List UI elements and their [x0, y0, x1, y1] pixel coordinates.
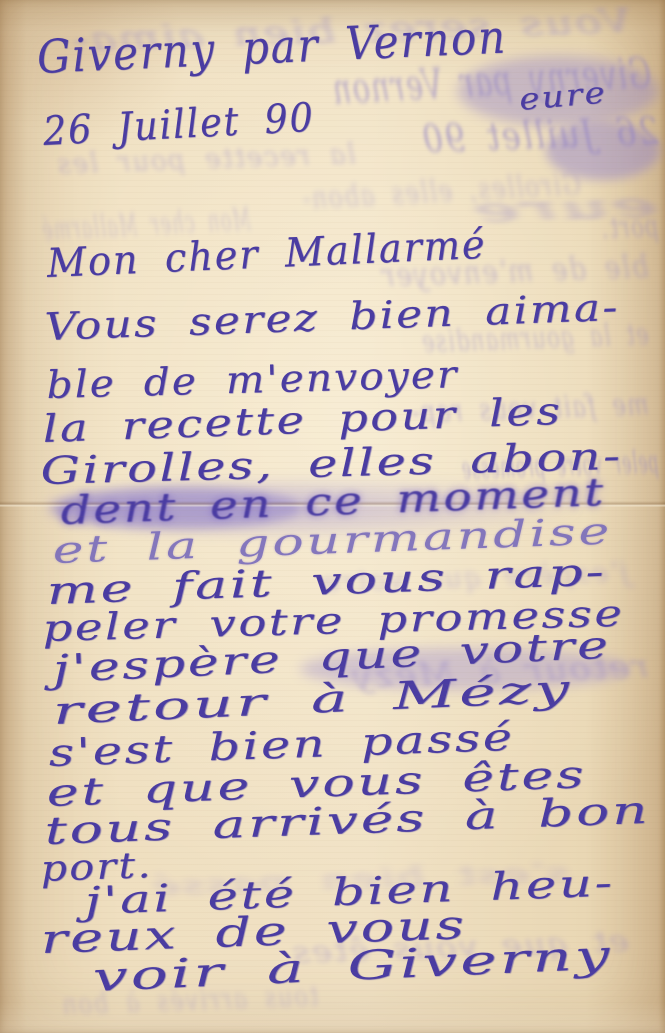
ink-bleed-ghost: 26 Juillet 90 [420, 112, 659, 158]
letter-page: Vous serez bien aima-Giverny par Vernon2… [0, 0, 665, 1033]
letter-department-line: eure [518, 78, 608, 116]
ink-bleed-ghost: port. [600, 212, 659, 244]
